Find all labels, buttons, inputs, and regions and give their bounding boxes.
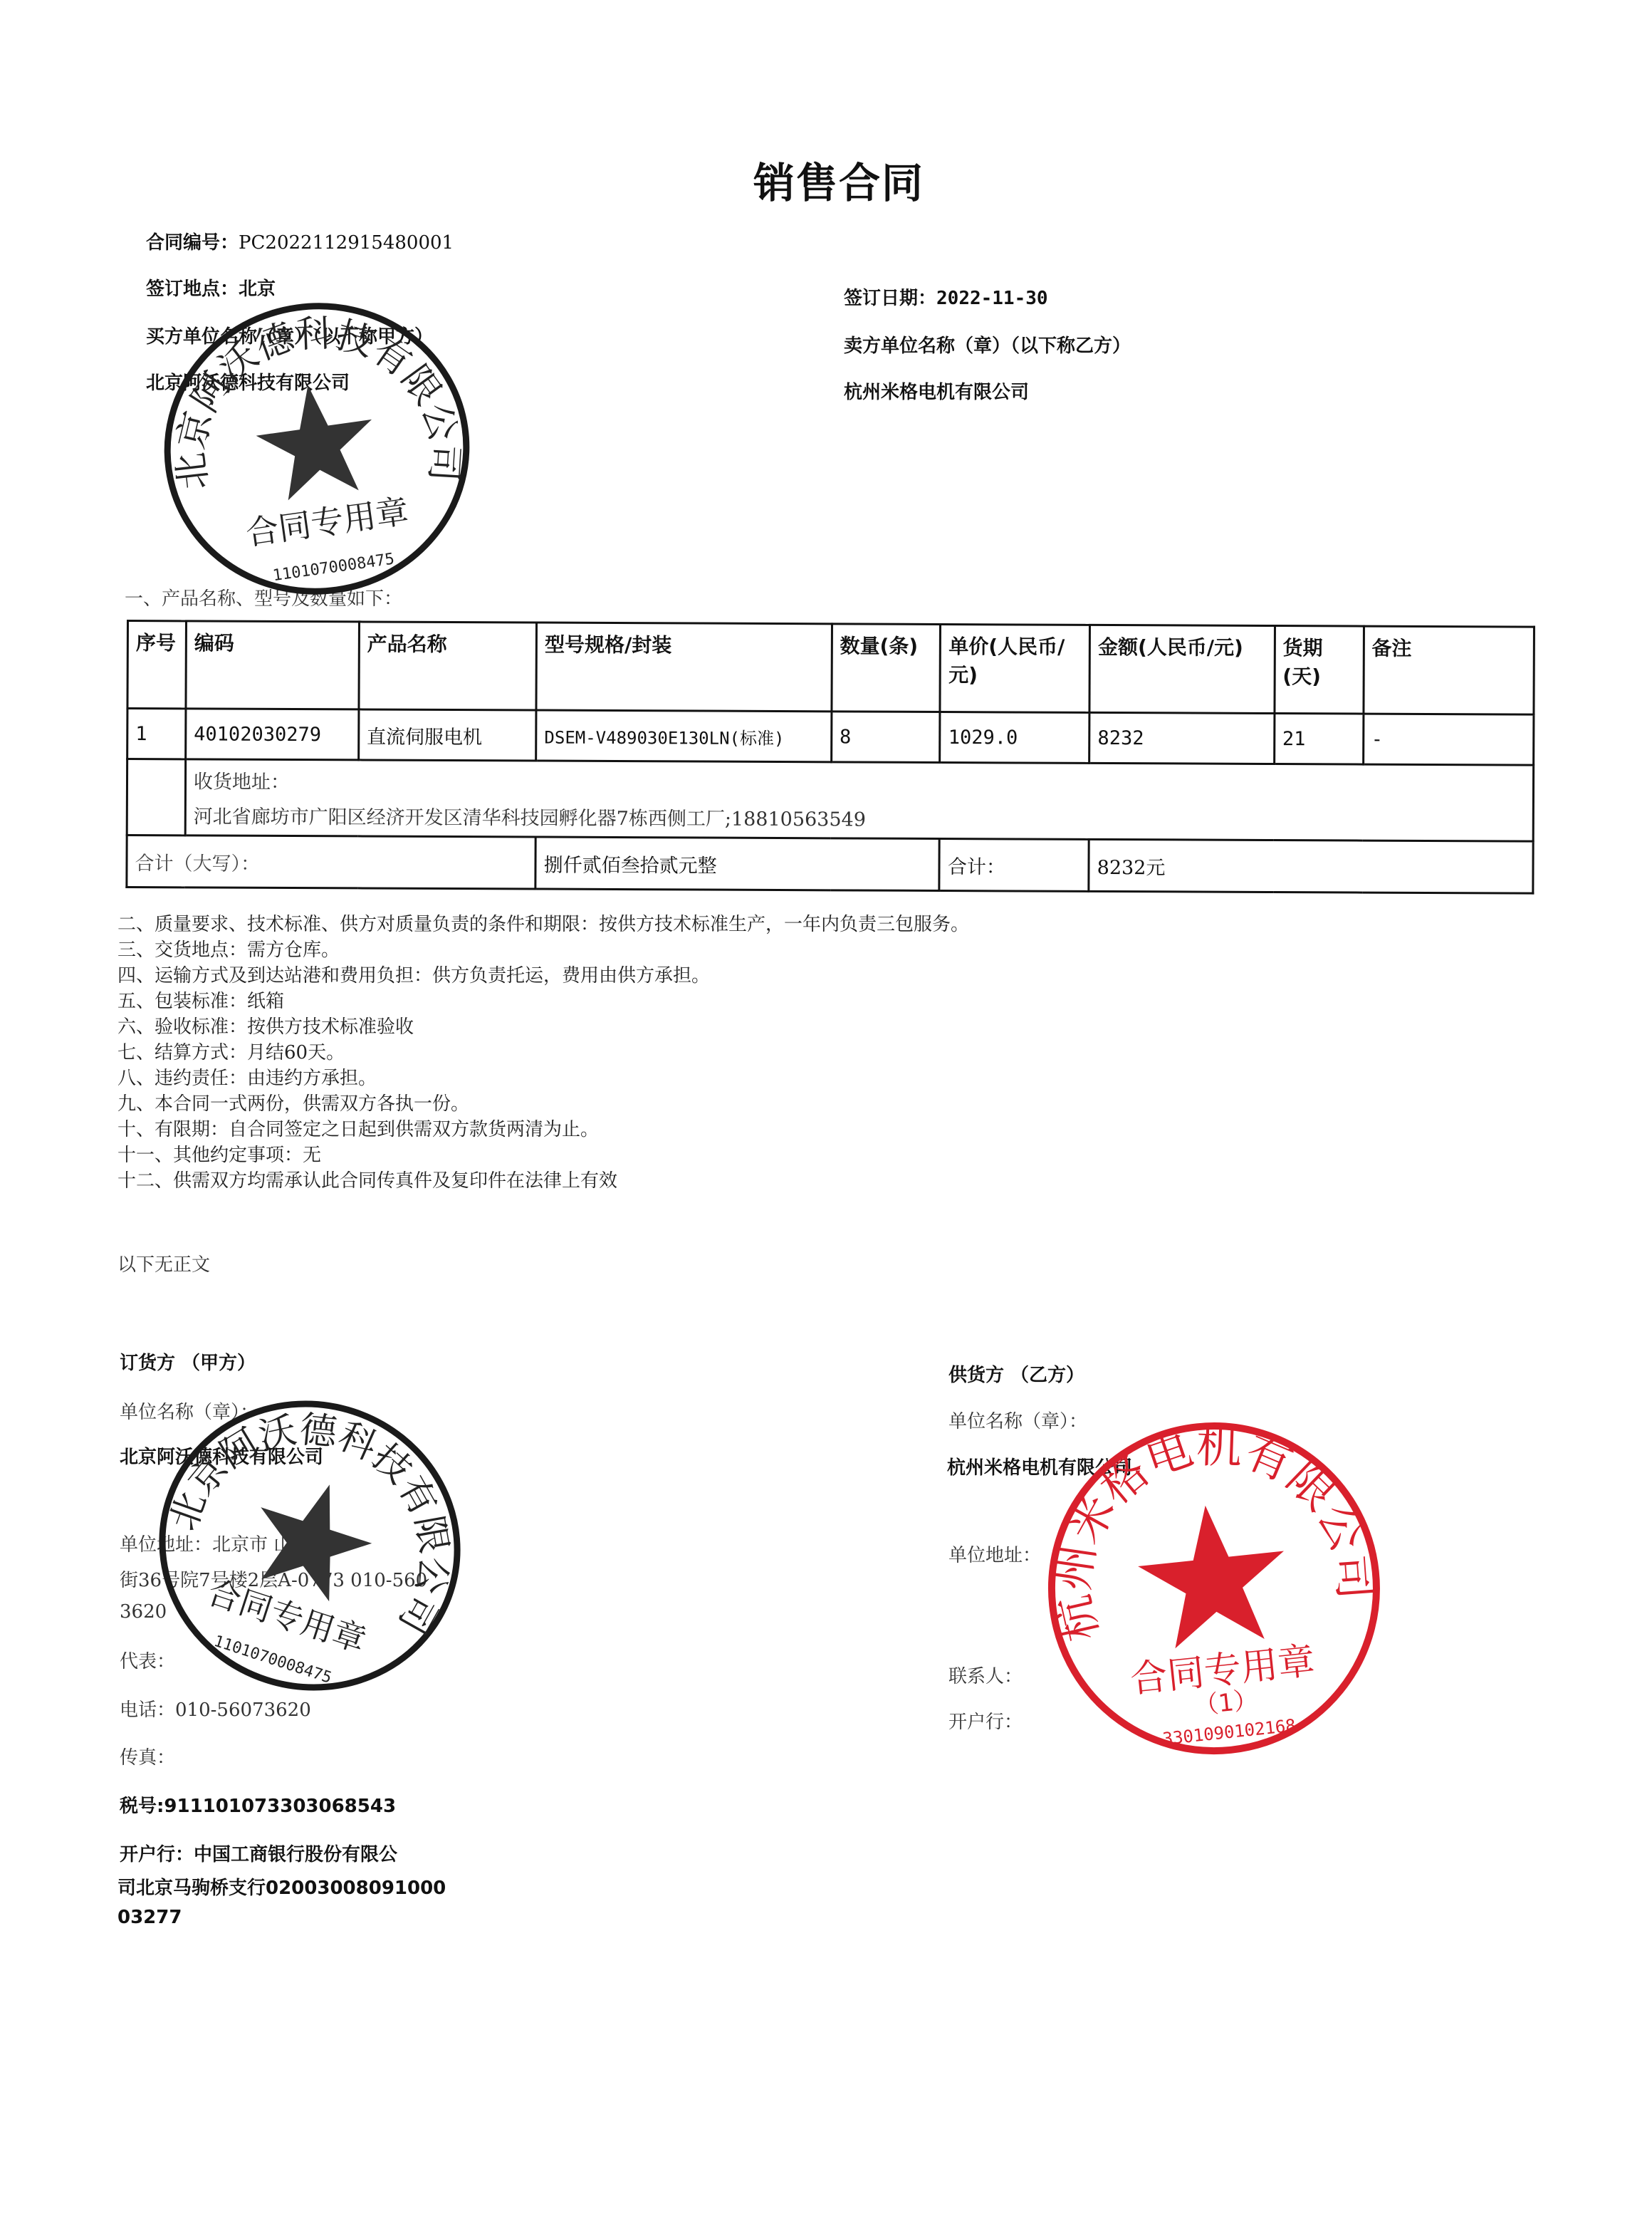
clause-9: 九、本合同一式两份，供需双方各执一份。: [117, 1091, 969, 1117]
party-a-phone-value: 010-56073620: [175, 1699, 311, 1721]
col-header-unit-price: 单价(人民币/元): [940, 624, 1089, 712]
sign-place-label: 签订地点：: [146, 278, 239, 300]
party-a-bank-line1: 开户行：中国工商银行股份有限公: [120, 1840, 397, 1866]
clause-5: 五、包装标准：纸箱: [117, 989, 969, 1014]
cell-unit-price: 1029.0: [940, 712, 1089, 763]
party-a-tax-label: 税号:: [120, 1796, 164, 1817]
cell-code: 40102030279: [186, 709, 359, 760]
col-header-product: 产品名称: [359, 622, 537, 710]
cell-remark: -: [1363, 714, 1534, 765]
clause-4: 四、运输方式及到达站港和费用负担：供方负责托运，费用由供方承担。: [117, 963, 969, 989]
party-a-phone-label: 电话：: [120, 1699, 175, 1721]
cell-model: DSEM-V489030E130LN(标准): [536, 710, 832, 762]
buyer-contract-stamp-top: 北京阿沃德科技有限公司 合同专用章 1101070008475: [141, 278, 493, 618]
clause-10: 十、有限期：自合同签定之日起到供需双方款货两清为止。: [117, 1117, 969, 1142]
party-b-heading: 供货方 （乙方）: [948, 1360, 1084, 1387]
party-a-tax-value: 911101073303068543: [164, 1796, 396, 1817]
party-b-contact-label: 联系人：: [948, 1662, 1023, 1688]
party-a-bank-line2: 司北京马驹桥支行02003008091000: [117, 1873, 446, 1900]
total-upper-label: 合计（大写）：: [127, 835, 536, 890]
cell-lead-days: 21: [1274, 714, 1363, 765]
cell-index: 1: [127, 709, 186, 759]
col-header-lead-days: 货期(天): [1275, 626, 1364, 714]
col-header-model: 型号规格/封装: [536, 623, 832, 712]
clause-12: 十二、供需双方均需承认此合同传真件及复印件在法律上有效: [117, 1168, 969, 1194]
document-title: 销售合同: [753, 150, 924, 209]
col-header-amount: 金额(人民币/元): [1089, 625, 1275, 713]
total-upper-value: 捌仟贰佰叁拾贰元整: [535, 837, 940, 890]
sign-date-value: 2022-11-30: [936, 288, 1048, 309]
col-header-index: 序号: [127, 621, 186, 709]
address-value: 河北省廊坊市广阳区经济开发区清华科技园孵化器7栋西侧工厂;18810563549: [194, 801, 1525, 834]
cell-amount: 8232: [1089, 712, 1275, 764]
address-row: 收货地址： 河北省廊坊市广阳区经济开发区清华科技园孵化器7栋西侧工厂;18810…: [127, 759, 1533, 842]
party-b-address-label: 单位地址：: [948, 1541, 1041, 1567]
clause-2: 二、质量要求、技术标准、供方对质量负责的条件和期限：按供方技术标准生产，一年内负…: [117, 912, 969, 937]
total-label: 合计：: [939, 838, 1089, 891]
party-a-tax: 税号:911101073303068543: [120, 1791, 396, 1818]
contract-number-label: 合同编号：: [146, 232, 239, 254]
seller-label: 卖方单位名称（章）（以下称乙方）: [844, 331, 1131, 358]
party-a-bank-label: 开户行：: [120, 1844, 194, 1865]
address-label: 收货地址：: [194, 766, 1525, 799]
contract-number: 合同编号：PC2022112915480001: [146, 228, 454, 254]
address-empty-cell: [127, 759, 185, 835]
col-header-code: 编码: [186, 621, 359, 709]
table-header-row: 序号 编码 产品名称 型号规格/封装 数量(条) 单价(人民币/元) 金额(人民…: [127, 621, 1535, 715]
items-table: 序号 编码 产品名称 型号规格/封装 数量(条) 单价(人民币/元) 金额(人民…: [125, 620, 1535, 895]
party-a-phone: 电话：010-56073620: [120, 1695, 311, 1722]
col-header-remark: 备注: [1363, 626, 1534, 714]
clause-3: 三、交货地点：需方仓库。: [117, 937, 969, 963]
cell-qty: 8: [831, 712, 940, 763]
col-header-qty: 数量(条): [832, 624, 941, 712]
party-a-fax-label: 传真：: [120, 1743, 175, 1769]
address-cell: 收货地址： 河北省廊坊市广阳区经济开发区清华科技园孵化器7栋西侧工厂;18810…: [185, 759, 1534, 841]
clause-7: 七、结算方式：月结60天。: [117, 1040, 969, 1066]
end-note: 以下无正文: [117, 1250, 210, 1276]
clause-11: 十一、其他约定事项：无: [117, 1142, 969, 1168]
seller-contract-stamp: 杭州米格电机有限公司 合同专用章 （1） 3301090102168: [1028, 1402, 1400, 1774]
party-a-bank-line3: 03277: [117, 1907, 182, 1928]
svg-text:（1）: （1）: [1193, 1686, 1259, 1721]
seller-name: 杭州米格电机有限公司: [844, 378, 1029, 404]
table-row: 1 40102030279 直流伺服电机 DSEM-V489030E130LN(…: [127, 709, 1534, 766]
total-row: 合计（大写）： 捌仟贰佰叁拾贰元整 合计： 8232元: [127, 835, 1533, 894]
sign-place-value: 北京: [239, 278, 276, 300]
cell-product: 直流伺服电机: [358, 709, 536, 761]
party-b-unit-name-label: 单位名称（章）：: [948, 1407, 1087, 1433]
svg-text:3301090102168: 3301090102168: [1161, 1715, 1297, 1749]
sign-place: 签订地点：北京: [146, 274, 276, 301]
party-a-bank-value: 中国工商银行股份有限公: [194, 1844, 397, 1865]
contract-number-value: PC2022112915480001: [239, 232, 454, 254]
contract-clauses: 二、质量要求、技术标准、供方对质量负责的条件和期限：按供方技术标准生产，一年内负…: [117, 912, 969, 1194]
sign-date-label: 签订日期：: [844, 288, 936, 309]
svg-text:合同专用章: 合同专用章: [244, 491, 411, 552]
party-b-bank-label: 开户行：: [948, 1707, 1023, 1734]
seal-icon: 北京阿沃德科技有限公司 合同专用章 1101070008475: [141, 278, 493, 618]
seal-icon: 杭州米格电机有限公司 合同专用章 （1） 3301090102168: [1028, 1402, 1400, 1774]
sign-date: 签订日期：2022-11-30: [844, 283, 1048, 310]
total-value: 8232元: [1089, 839, 1533, 893]
clause-6: 六、验收标准：按供方技术标准验收: [117, 1014, 969, 1040]
clause-8: 八、违约责任：由违约方承担。: [117, 1066, 969, 1091]
